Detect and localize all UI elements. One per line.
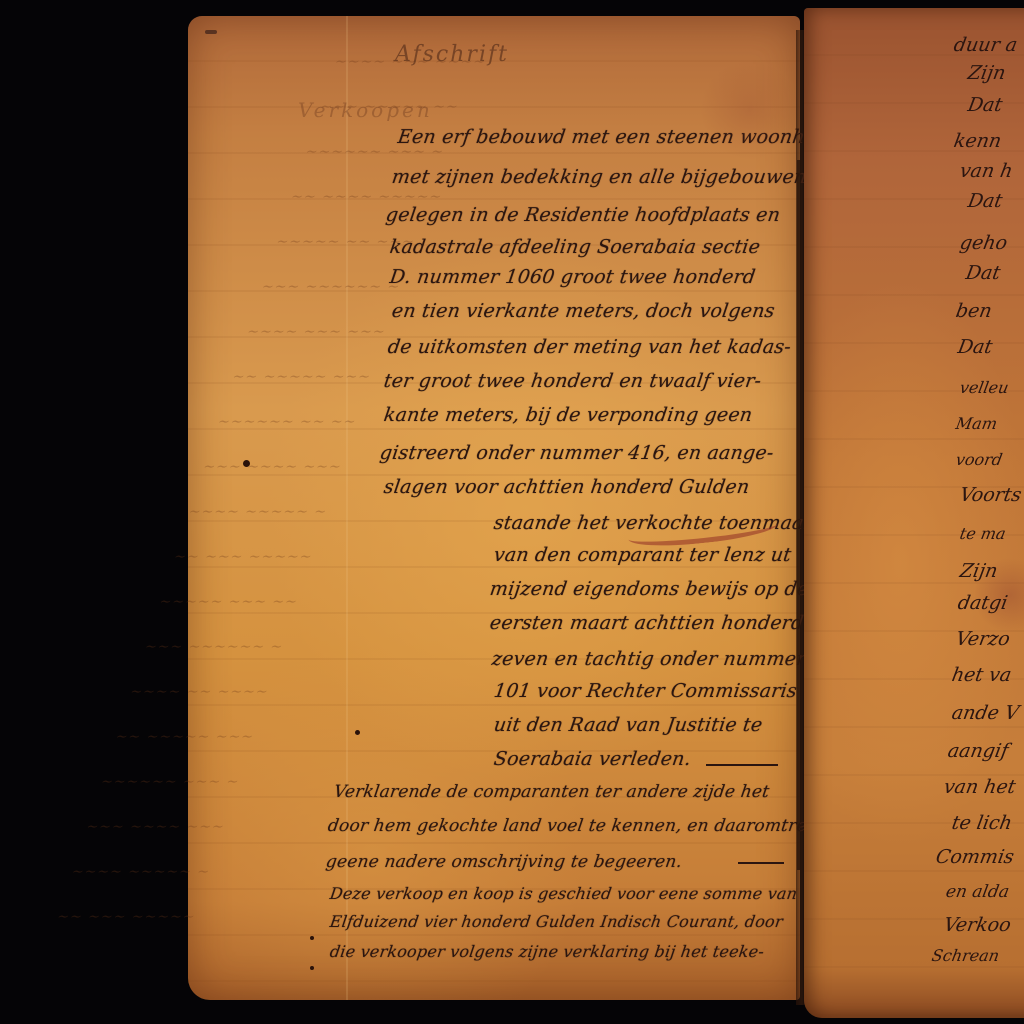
ink-blot (243, 460, 250, 467)
closing-line: door hem gekochte land voel te kennen, e… (327, 816, 827, 836)
text-fragment: van het (942, 776, 1017, 798)
text-fragment: geho (958, 232, 1009, 254)
binding-edge (797, 160, 800, 870)
text-fragment: het va (950, 664, 1013, 686)
text-fragment: voord (954, 450, 1004, 469)
text-fragment: Voorts (958, 484, 1023, 506)
text-fragment: duur a (952, 34, 1019, 56)
ink-blot (355, 730, 360, 735)
text-line: Soerabaia verleden. (492, 748, 692, 770)
ink-blot (310, 936, 314, 940)
corner-ink-mark (205, 30, 217, 34)
end-flourish-line (738, 862, 784, 864)
text-fragment: ande V (950, 702, 1021, 724)
closing-line: Verklarende de comparanten ter andere zi… (333, 782, 771, 802)
text-line: en tien vierkante meters, doch volgens (390, 300, 776, 322)
document-photo: ~~~~ ~~~ ~~~~ ~~~ ~~~~~ ~~ ~~~~~~ ~~~ ~ … (0, 0, 1024, 1024)
text-line: van den comparant ter lenz ut (492, 544, 792, 566)
text-fragment: te lich (950, 812, 1014, 834)
ink-blot (310, 966, 314, 970)
text-fragment: Verzo (954, 628, 1012, 650)
text-line: de uitkomsten der meting van het kadas- (386, 336, 792, 358)
page-header: Afschrift (395, 42, 509, 67)
text-fragment: Schrean (930, 946, 1001, 965)
text-line: kadastrale afdeeling Soerabaia sectie (388, 236, 761, 258)
text-fragment: Dat (956, 336, 994, 358)
paper-stain (700, 60, 800, 160)
text-fragment: datgi (956, 592, 1009, 614)
text-fragment: Commis (934, 846, 1016, 868)
end-flourish-line (706, 764, 778, 766)
text-fragment: Dat (966, 190, 1004, 212)
closing-line: geene nadere omschrijving te begeeren. (325, 852, 684, 872)
text-fragment: Verkoo (942, 914, 1013, 936)
text-fragment: en alda (944, 882, 1011, 902)
text-fragment: Dat (964, 262, 1002, 284)
text-fragment: velleu (958, 378, 1010, 397)
closing-line: die verkooper volgens zijne verklaring b… (329, 942, 766, 961)
text-line: 101 voor Rechter Commissaris (492, 680, 798, 702)
text-fragment: Dat (966, 94, 1004, 116)
text-fragment: Zijn (958, 560, 999, 582)
closing-line: Deze verkoop en koop is geschied voor ee… (329, 884, 799, 903)
faint-subheader: Verkoopen (298, 98, 433, 122)
text-fragment: ben (954, 300, 994, 322)
closing-line: Elfduizend vier honderd Gulden Indisch C… (329, 912, 785, 931)
text-fragment: aangif (946, 740, 1010, 762)
text-line: kante meters, bij de verponding geen (382, 404, 753, 426)
text-line: D. nummer 1060 groot twee honderd (388, 266, 756, 288)
text-fragment: Mam (954, 414, 998, 433)
text-line: met zijnen bedekking en alle bijgebouwen… (390, 166, 814, 188)
text-fragment: kenn (952, 130, 1003, 152)
text-line: eersten maart achttien honderd (488, 612, 805, 634)
text-fragment: Zijn (966, 62, 1007, 84)
text-line: ter groot twee honderd en twaalf vier- (382, 370, 762, 392)
text-line: gelegen in de Residentie hoofdplaats en (384, 204, 781, 226)
text-fragment: te ma (958, 524, 1007, 543)
text-line: uit den Raad van Justitie te (492, 714, 763, 736)
text-line: mijzend eigendoms bewijs op den (488, 578, 822, 600)
text-line: gistreerd onder nummer 416, en aange- (378, 442, 775, 464)
text-line: zeven en tachtig onder nummer (490, 648, 807, 670)
text-line: slagen voor achttien honderd Gulden (382, 476, 750, 498)
text-fragment: van h (958, 160, 1014, 182)
